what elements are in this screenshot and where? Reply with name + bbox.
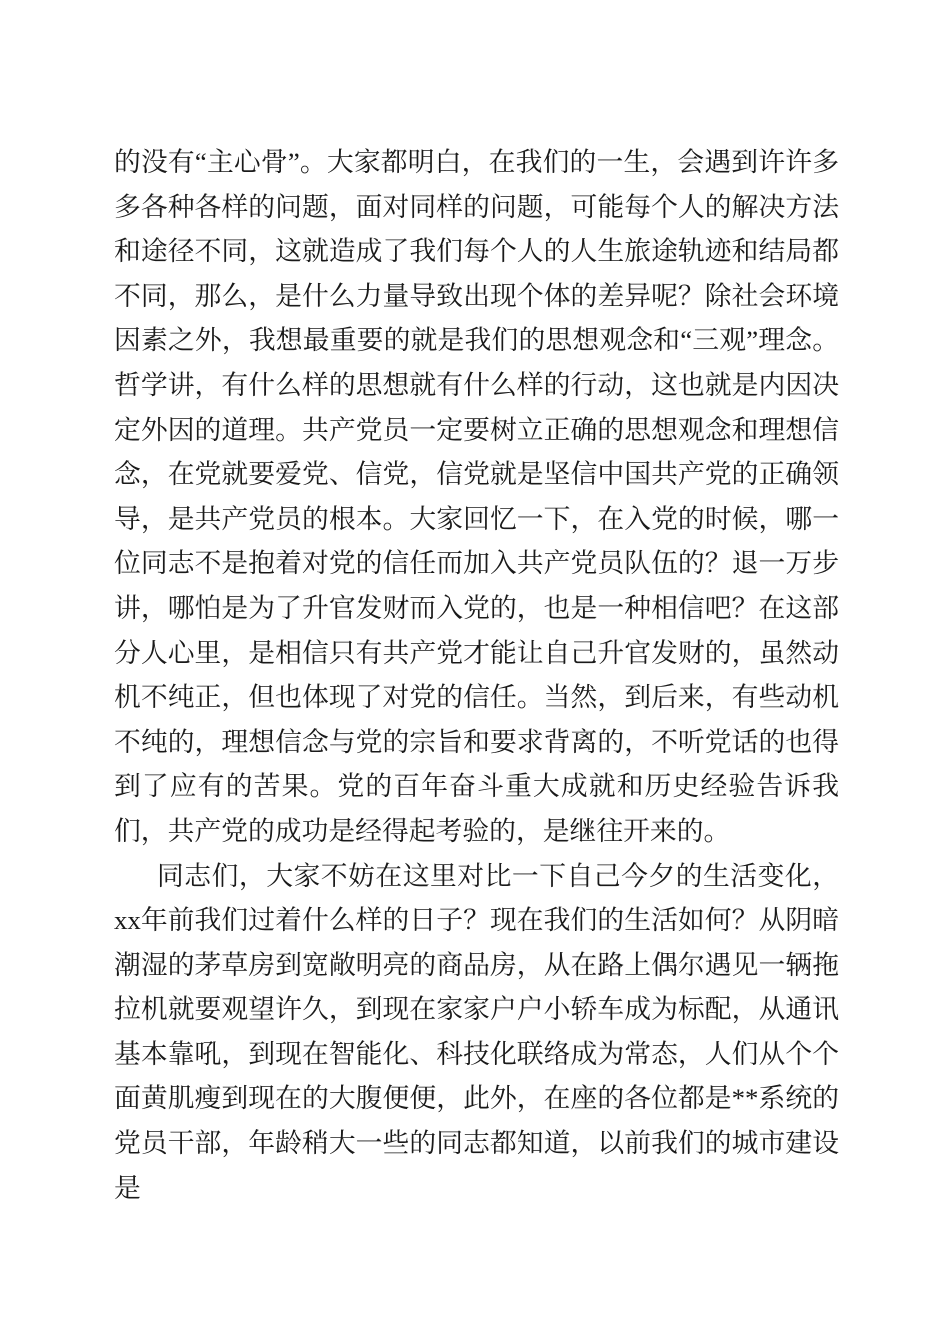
paragraph-2: 同志们，大家不妨在这里对比一下自己今夕的生活变化，xx年前我们过着什么样的日子？… xyxy=(114,854,839,1211)
document-text-block: 的没有“主心骨”。大家都明白，在我们的一生，会遇到许许多多各种各样的问题，面对同… xyxy=(114,140,839,1210)
document-page: 的没有“主心骨”。大家都明白，在我们的一生，会遇到许许多多各种各样的问题，面对同… xyxy=(0,0,950,1344)
paragraph-1: 的没有“主心骨”。大家都明白，在我们的一生，会遇到许许多多各种各样的问题，面对同… xyxy=(114,140,839,854)
